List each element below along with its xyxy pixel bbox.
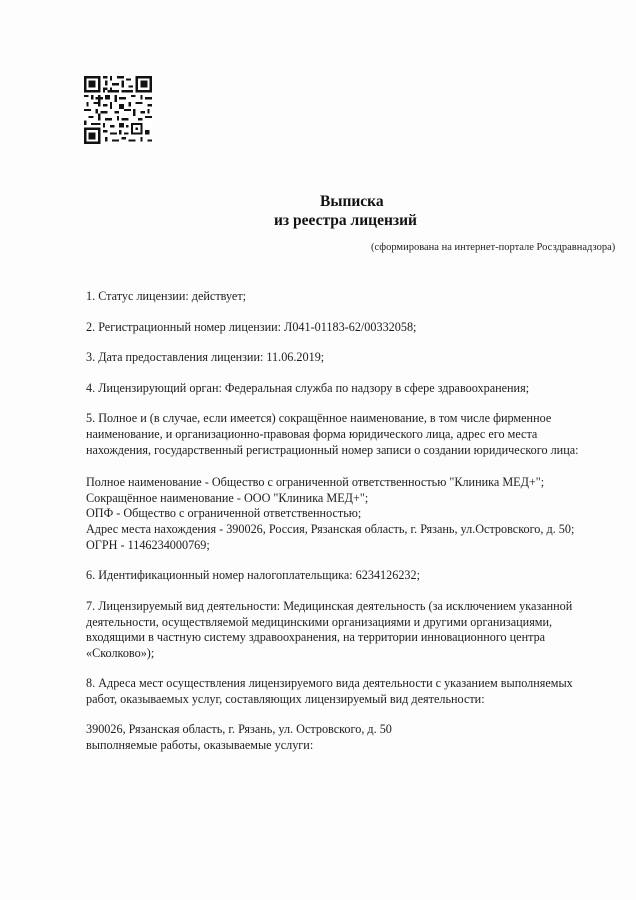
item-license-date: 3. Дата предоставления лицензии: 11.06.2… bbox=[86, 350, 324, 365]
activity-address: 390026, Рязанская область, г. Рязань, ул… bbox=[86, 722, 392, 737]
org-short-name: Сокращённое наименование - ООО "Клиника … bbox=[86, 491, 368, 506]
item8-line: 8. Адреса мест осуществления лицензируем… bbox=[86, 676, 573, 691]
item5-line: 5. Полное и (в случае, если имеется) сок… bbox=[86, 411, 551, 426]
item7-line: «Сколково»); bbox=[86, 646, 154, 661]
qr-code-icon bbox=[84, 76, 152, 144]
document-title-line2: из реестра лицензий bbox=[274, 212, 417, 230]
document-subtitle: (сформирована на интернет-портале Росздр… bbox=[371, 242, 615, 253]
document-title: Выписка bbox=[320, 193, 384, 211]
item7-line: 7. Лицензируемый вид деятельности: Медиц… bbox=[86, 599, 572, 614]
org-address: Адрес места нахождения - 390026, Россия,… bbox=[86, 522, 574, 537]
item5-line: нахождения, государственный регистрацион… bbox=[86, 443, 579, 458]
org-ogrn: ОГРН - 1146234000769; bbox=[86, 538, 210, 553]
item-licensing-authority: 4. Лицензирующий орган: Федеральная служ… bbox=[86, 381, 529, 396]
item7-line: входящими в частную систему здравоохране… bbox=[86, 630, 545, 645]
item-registration-number: 2. Регистрационный номер лицензии: Л041-… bbox=[86, 320, 416, 335]
item-taxpayer-id: 6. Идентификационный номер налогоплатель… bbox=[86, 568, 420, 583]
item8-line: работ, оказываемых услуг, составляющих л… bbox=[86, 692, 485, 707]
org-legal-form: ОПФ - Общество с ограниченной ответствен… bbox=[86, 506, 361, 521]
document-page: Выписка из реестра лицензий (сформирован… bbox=[0, 0, 636, 900]
item-license-status: 1. Статус лицензии: действует; bbox=[86, 289, 246, 304]
services-label: выполняемые работы, оказываемые услуги: bbox=[86, 738, 313, 753]
item7-line: деятельности, осуществляемой медицинским… bbox=[86, 615, 552, 630]
item5-line: наименование, и организационно-правовая … bbox=[86, 427, 537, 442]
org-full-name: Полное наименование - Общество с огранич… bbox=[86, 475, 544, 490]
